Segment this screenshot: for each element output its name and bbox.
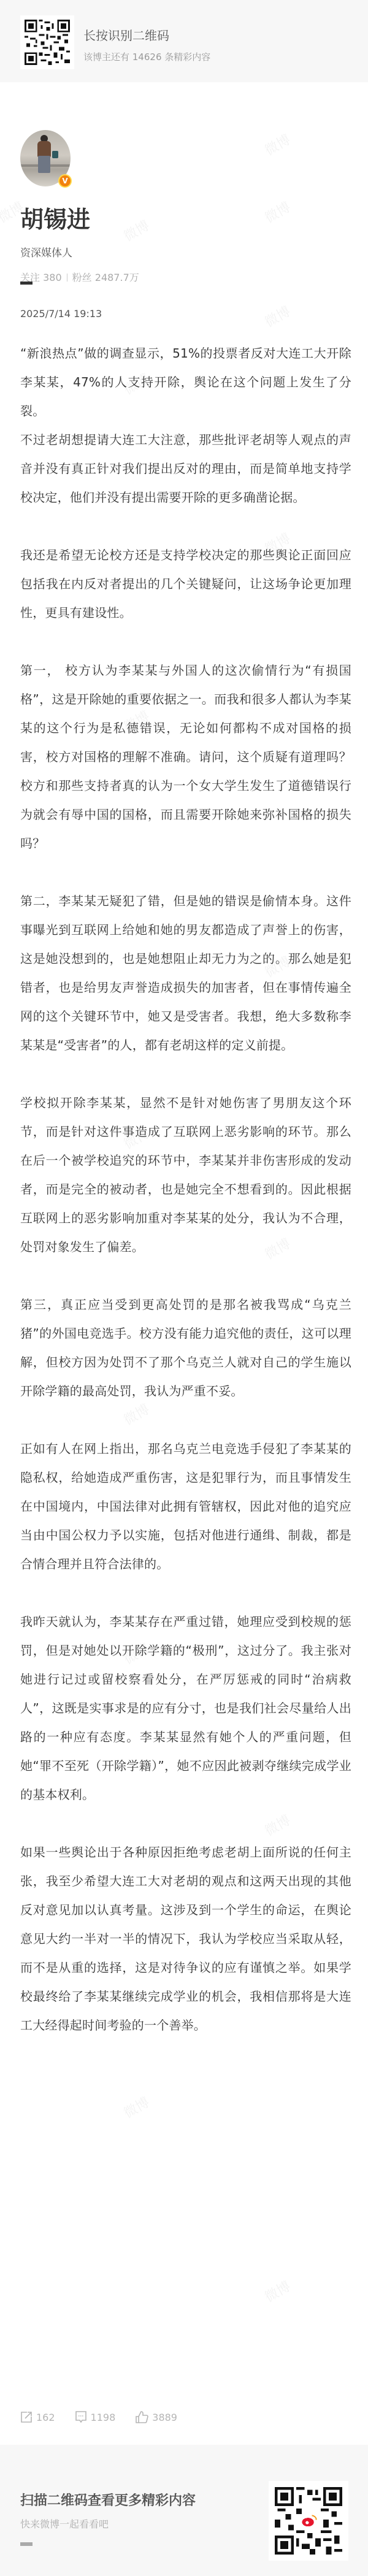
post-paragraph: 第三，真正应当受到更高处罚的是那名被我骂成“乌克兰猪”的外国电竞选手。校方没有能… [20, 1290, 351, 1406]
post-actions: 162 1198 3889 [20, 2410, 197, 2424]
qr-code[interactable] [20, 15, 74, 69]
weibo-watermark: 微博 [261, 301, 294, 331]
comment-icon [75, 2410, 87, 2424]
post-paragraph: 学校拟开除李某某，显然不是针对她伤害了男朋友这个环节，而是针对这件事造成了互联网… [20, 1089, 351, 1262]
section-divider [20, 282, 33, 285]
user-name[interactable]: 胡锡进 [20, 201, 90, 234]
weibo-watermark: 微博 [120, 2092, 153, 2122]
weibo-watermark: 微博 [261, 197, 294, 227]
profile-header: V [20, 130, 71, 186]
bottom-qr-code[interactable] [269, 2481, 348, 2561]
avatar-bag [52, 151, 58, 158]
weibo-watermark: 微博 [261, 129, 294, 159]
bottom-banner-subtitle: 快来微博一起看看吧 [20, 2517, 109, 2531]
avatar-person-body [37, 141, 51, 157]
post-paragraph: 正如有人在网上指出，那名乌克兰电竞选手侵犯了李某某的隐私权，给她造成严重伤害，这… [20, 1435, 351, 1579]
followers-count: 2487.7万 [95, 272, 139, 283]
post-paragraph: 我还是希望无论校方还是支持学校决定的那些舆论正面回应包括我在内反对者提出的几个关… [20, 541, 351, 627]
avatar-person-legs [38, 156, 50, 173]
following-count: 380 [43, 272, 62, 283]
post-paragraph: 第一， 校方认为李某某与外国人的这次偷情行为“有损国格”，这是开除她的重要依据之… [20, 656, 351, 858]
post-paragraph: 我昨天就认为，李某某存在严重过错，她理应受到校规的惩罚，但是对她处以开除学籍的“… [20, 1608, 351, 1809]
post-timestamp: 2025/7/14 19:13 [20, 308, 102, 320]
verified-badge-icon: V [58, 174, 72, 188]
comment-count: 1198 [91, 2412, 116, 2423]
repost-button[interactable]: 162 [20, 2411, 55, 2423]
weibo-watermark: 微博 [261, 2276, 294, 2306]
post-paragraph: 如果一些舆论出于各种原因拒绝考虑老胡上面所说的任何主张，我至少希望大连工大对老胡… [20, 1838, 351, 2040]
post-content: “新浪热点”做的调查显示，51%的投票者反对大连工大开除李某某，47%的人支持开… [20, 339, 351, 2040]
banner-title: 长按识别二维码 [83, 26, 169, 44]
like-count: 3889 [152, 2412, 177, 2423]
thumbs-up-icon [135, 2410, 148, 2424]
like-button[interactable]: 3889 [135, 2410, 177, 2424]
stats-divider [67, 274, 67, 282]
post-paragraph: 第二，李某某无疑犯了错，但是她的错误是偷情本身。这件事曝光到互联网上给她和她的男… [20, 887, 351, 1060]
qr-code-icon [25, 20, 70, 65]
post-paragraph: “新浪热点”做的调查显示，51%的投票者反对大连工大开除李某某，47%的人支持开… [20, 339, 351, 426]
bottom-banner-title: 扫描二维码查看更多精彩内容 [20, 2490, 196, 2509]
qr-code-icon [275, 2487, 342, 2555]
banner-subtitle: 该博主还有 14626 条精彩内容 [83, 50, 210, 63]
bottom-divider [20, 2542, 33, 2546]
weibo-watermark: 微博 [120, 215, 153, 245]
repost-icon [20, 2411, 33, 2423]
user-title: 资深媒体人 [20, 244, 72, 259]
repost-count: 162 [36, 2412, 55, 2423]
top-qr-banner: 长按识别二维码 该博主还有 14626 条精彩内容 [0, 0, 368, 82]
comment-button[interactable]: 1198 [75, 2410, 116, 2424]
post-paragraph: 不过老胡想提请大连工大注意，那些批评老胡等人观点的声音并没有真正针对我们提出反对… [20, 426, 351, 512]
followers-label: 粉丝 [72, 272, 92, 283]
user-stats: 关注 380粉丝 2487.7万 [20, 270, 139, 284]
